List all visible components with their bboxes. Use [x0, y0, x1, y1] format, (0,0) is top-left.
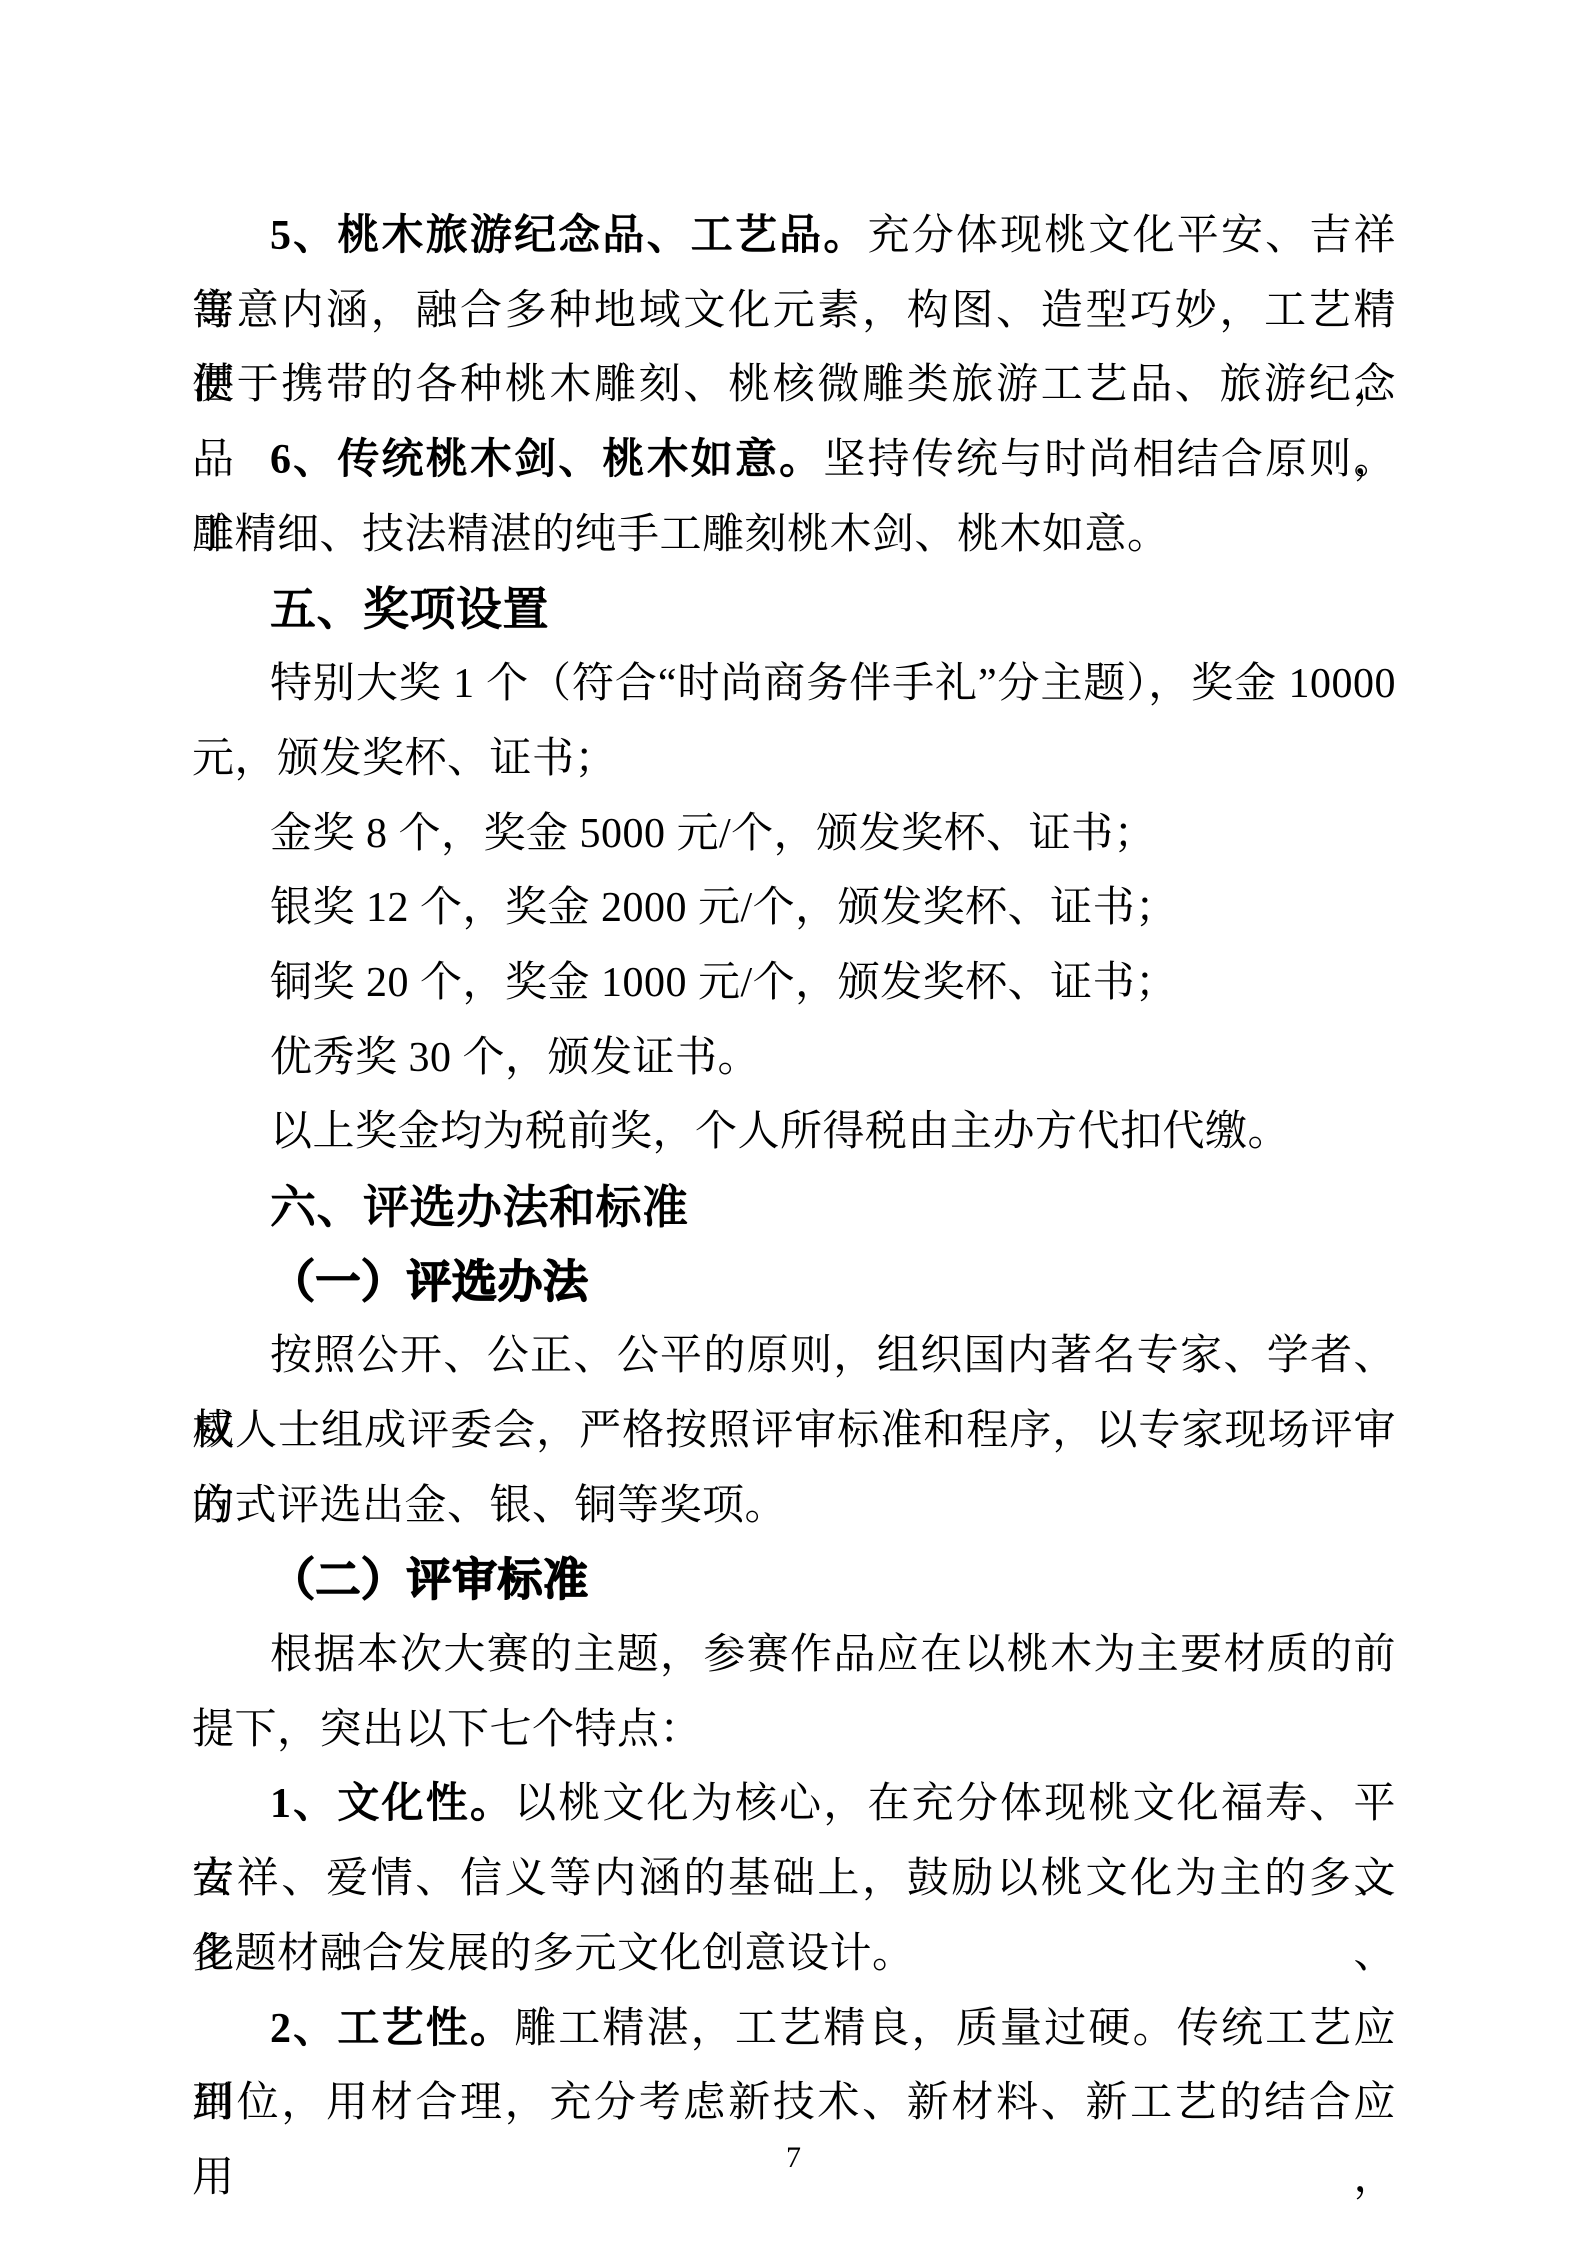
text-run-bold: 2、工艺性。	[270, 2006, 514, 2052]
text-run: 根据本次大赛的主题，参赛作品应在以桃木为主要材质的前	[270, 1632, 1396, 1678]
text-line: 1、文化性。以桃文化为核心，在充分体现桃文化福寿、平安、	[192, 1767, 1396, 1842]
text-run-bold: 6、传统桃木剑、桃木如意。	[270, 437, 823, 483]
text-line: 到位，用材合理，充分考虑新技术、新材料、新工艺的结合应用，	[192, 2066, 1396, 2141]
section-heading: 六、评选办法和标准	[192, 1170, 1396, 1245]
text-run: 方式评选出金、银、铜等奖项。	[192, 1483, 787, 1529]
text-line: 铜奖 20 个，奖金 1000 元/个，颁发奖杯、证书；	[192, 946, 1396, 1021]
document-page: { "page": { "background_color": "#ffffff…	[0, 0, 1587, 2245]
subsection-heading: （二）评审标准	[192, 1543, 1396, 1618]
text-line: 2、工艺性。雕工精湛，工艺精良，质量过硬。传统工艺应用	[192, 1992, 1396, 2067]
text-line: 6、传统桃木剑、桃木如意。坚持传统与时尚相结合原则，雕	[192, 423, 1396, 498]
text-line: 5、桃木旅游纪念品、工艺品。充分体现桃文化平安、吉祥等	[192, 199, 1396, 274]
text-run: 多题材融合发展的多元文化创意设计。	[192, 1931, 915, 1977]
text-run: 元，颁发奖杯、证书；	[192, 736, 617, 782]
text-line: 优秀奖 30 个，颁发证书。	[192, 1021, 1396, 1096]
text-line: 威人士组成评委会，严格按照评审标准和程序，以专家现场评审的	[192, 1394, 1396, 1469]
section-heading: 五、奖项设置	[192, 572, 1396, 647]
text-line: 寓意内涵，融合多种地域文化元素，构图、造型巧妙，工艺精湛，	[192, 274, 1396, 349]
text-line: 吉祥、爱情、信义等内涵的基础上，鼓励以桃文化为主的多文化、	[192, 1842, 1396, 1917]
text-run: 银奖 12 个，奖金 2000 元/个，颁发奖杯、证书；	[270, 885, 1178, 931]
text-line: 根据本次大赛的主题，参赛作品应在以桃木为主要材质的前	[192, 1618, 1396, 1693]
text-line: 银奖 12 个，奖金 2000 元/个，颁发奖杯、证书；	[192, 871, 1396, 946]
text-line: 提下，突出以下七个特点：	[192, 1693, 1396, 1768]
text-run: 六、评选办法和标准	[270, 1181, 689, 1233]
text-line: 按照公开、公正、公平的原则，组织国内著名专家、学者、权	[192, 1319, 1396, 1394]
text-run: 优秀奖 30 个，颁发证书。	[270, 1035, 760, 1081]
document-body: 5、桃木旅游纪念品、工艺品。充分体现桃文化平安、吉祥等寓意内涵，融合多种地域文化…	[192, 199, 1396, 2141]
text-run-bold: 5、桃木旅游纪念品、工艺品。	[270, 213, 868, 259]
text-run: 工精细、技法精湛的纯手工雕刻桃木剑、桃木如意。	[192, 512, 1170, 558]
text-run-bold: 1、文化性。	[270, 1781, 514, 1827]
text-run: （一）评选办法	[270, 1256, 589, 1307]
subsection-heading: （一）评选办法	[192, 1245, 1396, 1320]
text-run: 金奖 8 个，奖金 5000 元/个，颁发奖杯、证书；	[270, 811, 1156, 857]
text-line: 金奖 8 个，奖金 5000 元/个，颁发奖杯、证书；	[192, 797, 1396, 872]
text-line: 方式评选出金、银、铜等奖项。	[192, 1469, 1396, 1544]
text-line: 元，颁发奖杯、证书；	[192, 722, 1396, 797]
text-run: 五、奖项设置	[270, 583, 549, 635]
text-run: （二）评审标准	[270, 1554, 589, 1605]
text-line: 以上奖金均为税前奖，个人所得税由主办方代扣代缴。	[192, 1095, 1396, 1170]
text-run: 提下，突出以下七个特点：	[192, 1707, 702, 1753]
page-number: 7	[0, 2142, 1587, 2174]
text-run: 以上奖金均为税前奖，个人所得税由主办方代扣代缴。	[270, 1109, 1290, 1155]
text-run: 特别大奖 1 个（符合“时尚商务伴手礼”分主题），奖金 10000	[270, 661, 1396, 707]
text-line: 特别大奖 1 个（符合“时尚商务伴手礼”分主题），奖金 10000	[192, 647, 1396, 722]
text-run: 铜奖 20 个，奖金 1000 元/个，颁发奖杯、证书；	[270, 960, 1178, 1006]
text-line: 工精细、技法精湛的纯手工雕刻桃木剑、桃木如意。	[192, 498, 1396, 573]
text-line: 便于携带的各种桃木雕刻、桃核微雕类旅游工艺品、旅游纪念品。	[192, 348, 1396, 423]
